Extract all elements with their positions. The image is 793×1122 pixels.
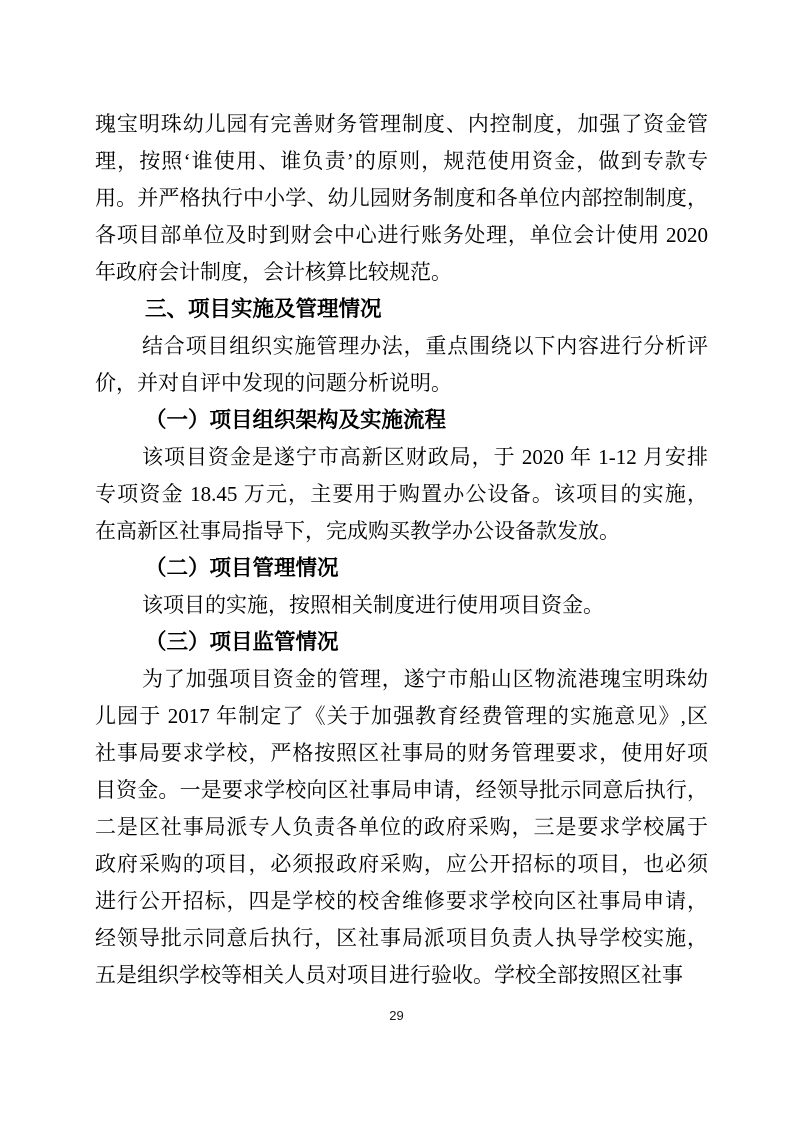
paragraph: 为了加强项目资金的管理，遂宁市船山区物流港瑰宝明珠幼 儿园于 2017 年制定了… — [95, 661, 708, 994]
text-line: 目资金。一是要求学校向区社事局申请，经领导批示同意后执行， — [95, 772, 708, 809]
text-line: 为了加强项目资金的管理，遂宁市船山区物流港瑰宝明珠幼 — [95, 661, 708, 698]
text-line: 年政府会计制度，会计核算比较规范。 — [95, 254, 708, 291]
text-line: 价，并对自评中发现的问题分析说明。 — [95, 365, 708, 402]
text-line: 在高新区社事局指导下，完成购买教学办公设备款发放。 — [95, 513, 708, 550]
text-line: 用。并严格执行中小学、幼儿园财务制度和各单位内部控制制度， — [95, 180, 708, 217]
text-line: 社事局要求学校，严格按照区社事局的财务管理要求，使用好项 — [95, 735, 708, 772]
paragraph: 结合项目组织实施管理办法，重点围绕以下内容进行分析评 价，并对自评中发现的问题分… — [95, 328, 708, 402]
text-line: 瑰宝明珠幼儿园有完善财务管理制度、内控制度，加强了资金管 — [95, 106, 708, 143]
subsection-heading: （二）项目管理情况 — [95, 550, 708, 587]
page-number: 29 — [0, 1008, 793, 1023]
paragraph: 该项目资金是遂宁市高新区财政局，于 2020 年 1-12 月安排 专项资金 1… — [95, 439, 708, 550]
subsection-heading: （一）项目组织架构及实施流程 — [95, 402, 708, 439]
text-line: 结合项目组织实施管理办法，重点围绕以下内容进行分析评 — [95, 328, 708, 365]
text-line: 经领导批示同意后执行，区社事局派项目负责人执导学校实施， — [95, 920, 708, 957]
section-heading: 三、项目实施及管理情况 — [95, 291, 708, 328]
subsection-heading: （三）项目监管情况 — [95, 624, 708, 661]
text-line: 二是区社事局派专人负责各单位的政府采购，三是要求学校属于 — [95, 809, 708, 846]
paragraph: 该项目的实施，按照相关制度进行使用项目资金。 — [95, 587, 708, 624]
text-line: 该项目的实施，按照相关制度进行使用项目资金。 — [95, 587, 708, 624]
document-page: 瑰宝明珠幼儿园有完善财务管理制度、内控制度，加强了资金管 理，按照‘谁使用、谁负… — [0, 0, 793, 1122]
text-line: 政府采购的项目，必须报政府采购，应公开招标的项目，也必须 — [95, 846, 708, 883]
text-line: 各项目部单位及时到财会中心进行账务处理，单位会计使用 2020 — [95, 217, 708, 254]
text-line: 儿园于 2017 年制定了《关于加强教育经费管理的实施意见》,区 — [95, 698, 708, 735]
text-line: 五是组织学校等相关人员对项目进行验收。学校全部按照区社事 — [95, 957, 708, 994]
text-line: 该项目资金是遂宁市高新区财政局，于 2020 年 1-12 月安排 — [95, 439, 708, 476]
text-line: 进行公开招标，四是学校的校舍维修要求学校向区社事局申请， — [95, 883, 708, 920]
text-line: 理，按照‘谁使用、谁负责’的原则，规范使用资金，做到专款专 — [95, 143, 708, 180]
document-body: 瑰宝明珠幼儿园有完善财务管理制度、内控制度，加强了资金管 理，按照‘谁使用、谁负… — [95, 106, 708, 994]
text-line: 专项资金 18.45 万元，主要用于购置办公设备。该项目的实施， — [95, 476, 708, 513]
paragraph: 瑰宝明珠幼儿园有完善财务管理制度、内控制度，加强了资金管 理，按照‘谁使用、谁负… — [95, 106, 708, 291]
